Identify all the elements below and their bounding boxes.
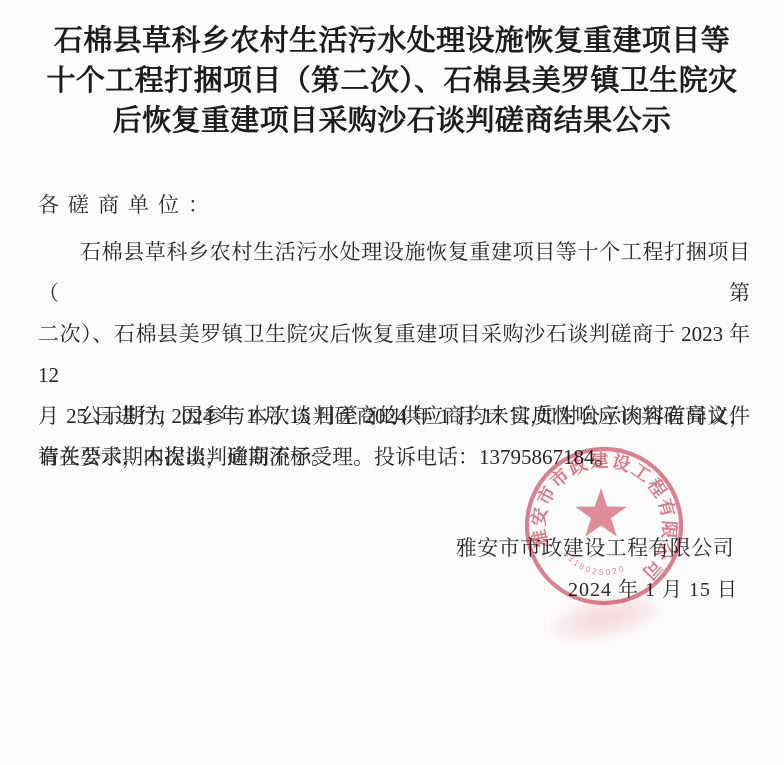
seal-serial-holder: 5118025020 [562,549,628,577]
company-seal-stamp: 雅安市市政建设工程有限公司 5118025020 [518,440,690,612]
body-line: 石棉县草科乡农村生活污水处理设施恢复重建项目等十个工程打捆项目（第 [38,232,750,314]
seal-star-icon [575,488,626,537]
notice-title: 石棉县草科乡农村生活污水处理设施恢复重建项目等 十个工程打捆项目（第二次）、石棉… [28,21,756,141]
salutation: 各磋商单位： [38,189,218,219]
title-line-3: 后恢复重建项目采购沙石谈判磋商结果公示 [28,101,756,141]
title-line-1: 石棉县草科乡农村生活污水处理设施恢复重建项目等 [28,21,756,61]
seal-serial-number: 5118025020 [562,549,628,577]
body-line: 二次）、石棉县美罗镇卫生院灾后恢复重建项目采购沙石谈判磋商于 2023 年 12 [38,314,750,396]
title-line-2: 十个工程打捆项目（第二次）、石棉县美罗镇卫生院灾 [28,61,756,101]
body-line: 公示期为 2024 年 1 月 15 日至 2024 年 1 月 17 日,如对… [38,396,750,437]
